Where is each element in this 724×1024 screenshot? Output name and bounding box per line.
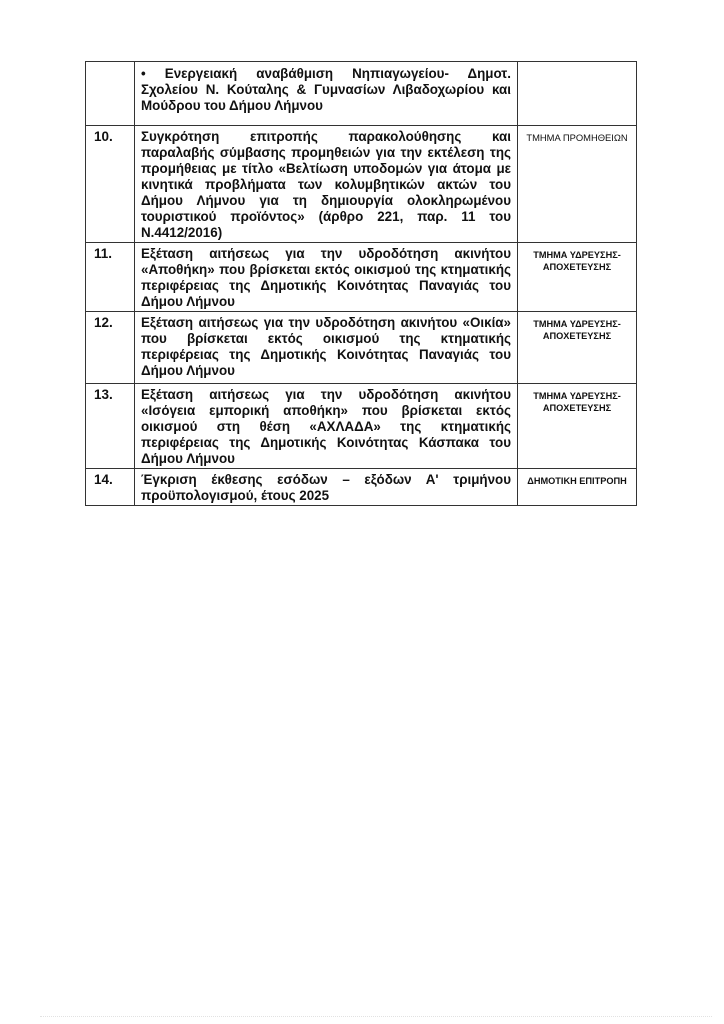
description-line: Εξέταση αιτήσεως για την υδροδότηση ακιν… xyxy=(141,315,511,331)
description-line: τουριστικού προϊόντος» (άρθρο 221, παρ. … xyxy=(141,209,511,225)
item-number: 14. xyxy=(86,469,135,506)
description-line: περιφέρειας της Δημοτικής Κοινότητας Παν… xyxy=(141,347,511,363)
description-line: προϋπολογισμού, έτους 2025 xyxy=(141,488,511,504)
description-line: Εξέταση αιτήσεως για την υδροδότηση ακιν… xyxy=(141,246,511,262)
scan-artifact-line xyxy=(40,1016,712,1018)
description-line: «Ισόγεια εμπορική αποθήκη» που βρίσκεται… xyxy=(141,403,511,419)
description-line: Έγκριση έκθεσης εσόδων – εξόδων Α' τριμή… xyxy=(141,472,511,488)
agenda-row: • Ενεργειακή αναβάθμιση Νηπιαγωγείου- Δη… xyxy=(86,62,637,126)
responsible-department: ΤΜΗΜΑ ΥΔΡΕΥΣΗΣ-ΑΠΟΧΕΤΕΥΣΗΣ xyxy=(518,312,637,384)
description-line: Δήμου Λήμνου xyxy=(141,451,511,467)
description-line: περιφέρειας της Δημοτικής Κοινότητας Κάσ… xyxy=(141,435,511,451)
description-line: παραλαβής σύμβασης προμηθειών για την εκ… xyxy=(141,145,511,161)
responsible-department: ΤΜΗΜΑ ΥΔΡΕΥΣΗΣ-ΑΠΟΧΕΤΕΥΣΗΣ xyxy=(518,243,637,312)
description-line: που βρίσκεται εκτός οικισμού της κτηματι… xyxy=(141,331,511,347)
item-description: • Ενεργειακή αναβάθμιση Νηπιαγωγείου- Δη… xyxy=(135,62,518,126)
agenda-row: 12.Εξέταση αιτήσεως για την υδροδότηση α… xyxy=(86,312,637,384)
item-description: Εξέταση αιτήσεως για την υδροδότηση ακιν… xyxy=(135,312,518,384)
item-description: Εξέταση αιτήσεως για την υδροδότηση ακιν… xyxy=(135,384,518,469)
description-line: Εξέταση αιτήσεως για την υδροδότηση ακιν… xyxy=(141,387,511,403)
agenda-row: 11.Εξέταση αιτήσεως για την υδροδότηση α… xyxy=(86,243,637,312)
responsible-department: ΔΗΜΟΤΙΚΗ ΕΠΙΤΡΟΠΗ xyxy=(518,469,637,506)
item-number: 12. xyxy=(86,312,135,384)
agenda-row: 13.Εξέταση αιτήσεως για την υδροδότηση α… xyxy=(86,384,637,469)
item-number xyxy=(86,62,135,126)
item-number: 10. xyxy=(86,126,135,243)
description-line: Δήμου Λήμνου xyxy=(141,363,511,379)
agenda-table: • Ενεργειακή αναβάθμιση Νηπιαγωγείου- Δη… xyxy=(85,61,637,506)
description-line: οικισμού στη θέση «ΑΧΛΑΔΑ» της κτηματική… xyxy=(141,419,511,435)
description-line: περιφέρειας της Δημοτικής Κοινότητας Παν… xyxy=(141,278,511,294)
description-line: • Ενεργειακή αναβάθμιση Νηπιαγωγείου- Δη… xyxy=(141,66,511,82)
item-number: 13. xyxy=(86,384,135,469)
description-line: Σχολείου Ν. Κούταλης & Γυμνασίων Λιβαδοχ… xyxy=(141,82,511,98)
description-line: Συγκρότηση επιτροπής παρακολούθησης και xyxy=(141,129,511,145)
agenda-table-body: • Ενεργειακή αναβάθμιση Νηπιαγωγείου- Δη… xyxy=(86,62,637,506)
responsible-department: ΤΜΗΜΑ ΥΔΡΕΥΣΗΣ-ΑΠΟΧΕΤΕΥΣΗΣ xyxy=(518,384,637,469)
item-description: Έγκριση έκθεσης εσόδων – εξόδων Α' τριμή… xyxy=(135,469,518,506)
responsible-department: ΤΜΗΜΑ ΠΡΟΜΗΘΕΙΩΝ xyxy=(518,126,637,243)
agenda-row: 10.Συγκρότηση επιτροπής παρακολούθησης κ… xyxy=(86,126,637,243)
item-description: Συγκρότηση επιτροπής παρακολούθησης καιπ… xyxy=(135,126,518,243)
description-line: Μούδρου του Δήμου Λήμνου xyxy=(141,98,511,114)
description-line: «Αποθήκη» που βρίσκεται εκτός οικισμού τ… xyxy=(141,262,511,278)
description-line: Δήμου Λήμνου για τη δημιουργία ολοκληρωμ… xyxy=(141,193,511,209)
description-line: κινητικά προβλήματα των κολυμβητικών ακτ… xyxy=(141,177,511,193)
item-number: 11. xyxy=(86,243,135,312)
description-line: Ν.4412/2016) xyxy=(141,225,511,241)
description-line: προμήθειας με τίτλο «Βελτίωση υποδομών γ… xyxy=(141,161,511,177)
item-description: Εξέταση αιτήσεως για την υδροδότηση ακιν… xyxy=(135,243,518,312)
description-line: Δήμου Λήμνου xyxy=(141,294,511,310)
responsible-department xyxy=(518,62,637,126)
agenda-row: 14.Έγκριση έκθεσης εσόδων – εξόδων Α' τρ… xyxy=(86,469,637,506)
